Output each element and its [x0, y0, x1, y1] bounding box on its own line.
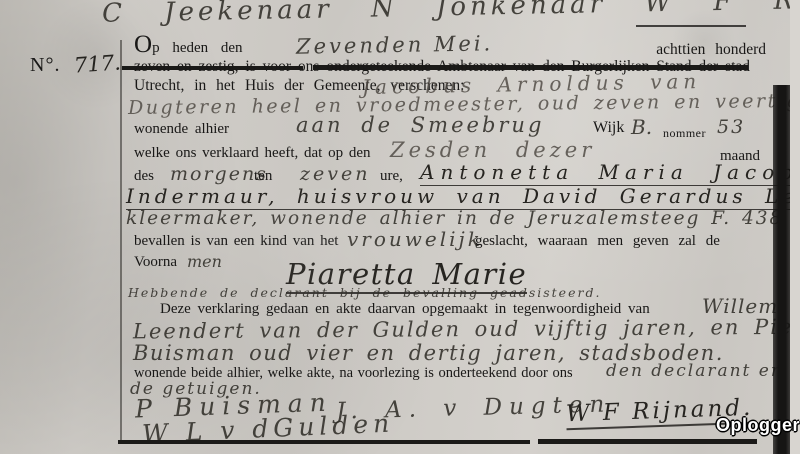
- assist-note-text: Hebbende de declarant bij de bevalling g…: [128, 285, 601, 300]
- voorna-label: Voorna: [134, 253, 177, 271]
- left-form-border: [120, 40, 122, 443]
- mother-line2-handwritten: Indermaur, huisvrouw van David Gerardus …: [126, 184, 800, 210]
- des-label-text: des: [134, 168, 154, 184]
- nommer-value: 53: [717, 116, 745, 138]
- door-text: den declarant en: [606, 361, 784, 381]
- men-text: men: [187, 252, 222, 271]
- declarant-name-2: Dugteren heel en vroedmeester, oud zeven…: [128, 93, 800, 115]
- wijk-value-text: B.: [631, 115, 652, 139]
- address-handwritten-text: aan de Smeebrug: [296, 113, 544, 137]
- date-handwritten-text: Zevenden Mei.: [296, 31, 494, 58]
- wonende-alhier: wonende alhier: [134, 120, 229, 138]
- bottom-rule-right: [538, 439, 757, 444]
- geslacht-line-text: geslacht, waaraan men geven zal de: [475, 233, 720, 249]
- bevallen-line-text: bevallen is van een kind van het: [134, 233, 338, 249]
- mother-name-text: Antonetta Maria Jacoba: [420, 160, 800, 186]
- hour-text: zeven: [300, 163, 370, 185]
- mother-name-handwritten: Antonetta Maria Jacoba: [420, 160, 800, 186]
- no-label: N°.: [30, 54, 60, 76]
- birth-day-text: Zesden dezer: [390, 138, 595, 162]
- door-handwritten: den declarant en: [606, 361, 784, 381]
- verklaring-line-text: Deze verklaring gedaan en akte daarvan o…: [160, 301, 650, 317]
- birth-day-handwritten: Zesden dezer: [390, 138, 595, 162]
- gender-text: vrouwelijk: [347, 227, 483, 251]
- geslacht-line: geslacht, waaraan men geven zal de: [475, 232, 720, 250]
- witness-line2-handwritten: Leendert van der Gulden oud vijftig jare…: [133, 317, 800, 341]
- hour-handwritten: zeven: [300, 163, 370, 185]
- ure-label: ure,: [380, 167, 403, 185]
- mother-line2-text: Indermaur, huisvrouw van David Gerardus …: [126, 184, 800, 210]
- father-line-text: kleermaker, wonende alhier in de Jeruzal…: [126, 208, 800, 229]
- wijk-label: Wijk: [593, 119, 624, 137]
- op-heden-den: Op heden den: [134, 38, 243, 57]
- men-handwritten: men: [187, 252, 222, 272]
- watermark-label: Oplogger: [716, 415, 800, 436]
- nommer-label-text: nommer: [663, 126, 706, 140]
- nommer-value-text: 53: [717, 116, 745, 138]
- father-line-handwritten: kleermaker, wonende alhier in de Jeruzal…: [126, 208, 800, 229]
- verklaard-line-text: welke ons verklaard heeft, dat op den: [134, 145, 371, 161]
- ure-label-text: ure,: [380, 168, 403, 184]
- achttien-honderd-text: achttien honderd: [656, 41, 766, 58]
- binding-bar: [773, 85, 790, 454]
- verklaring-line: Deze verklaring gedaan en akte daarvan o…: [160, 300, 650, 318]
- wonende-alhier-text: wonende alhier: [134, 121, 229, 137]
- scanned-birth-record: C Jeekenaar N Jonkenaar W F Rijnand. N°.…: [0, 0, 800, 454]
- nommer-label: nommer: [663, 124, 706, 142]
- ten-label: ten: [254, 167, 272, 185]
- address-handwritten: aan de Smeebrug: [296, 113, 544, 137]
- act-number-block: N°. 717.: [30, 52, 121, 77]
- previous-signature-underline: [636, 25, 746, 27]
- bottom-rule-left: [118, 440, 530, 444]
- act-number-value: 717.: [74, 50, 122, 77]
- gender-handwritten: vrouwelijk: [347, 227, 483, 251]
- date-handwritten: Zevenden Mei.: [296, 33, 493, 57]
- verklaard-line: welke ons verklaard heeft, dat op den: [134, 144, 371, 162]
- voorna-label-text: Voorna: [134, 254, 177, 270]
- des-label: des: [134, 167, 154, 185]
- wijk-value: B.: [631, 115, 652, 139]
- page-edge: [790, 0, 800, 454]
- achttien-honderd: achttien honderd: [600, 41, 766, 59]
- op-heden-den-text: Op heden den: [134, 40, 243, 56]
- bevallen-line: bevallen is van een kind van het: [134, 232, 338, 250]
- ten-label-text: ten: [254, 168, 272, 184]
- witness-line2-text: Leendert van der Gulden oud vijftig jare…: [133, 315, 800, 344]
- wijk-label-text: Wijk: [593, 119, 624, 136]
